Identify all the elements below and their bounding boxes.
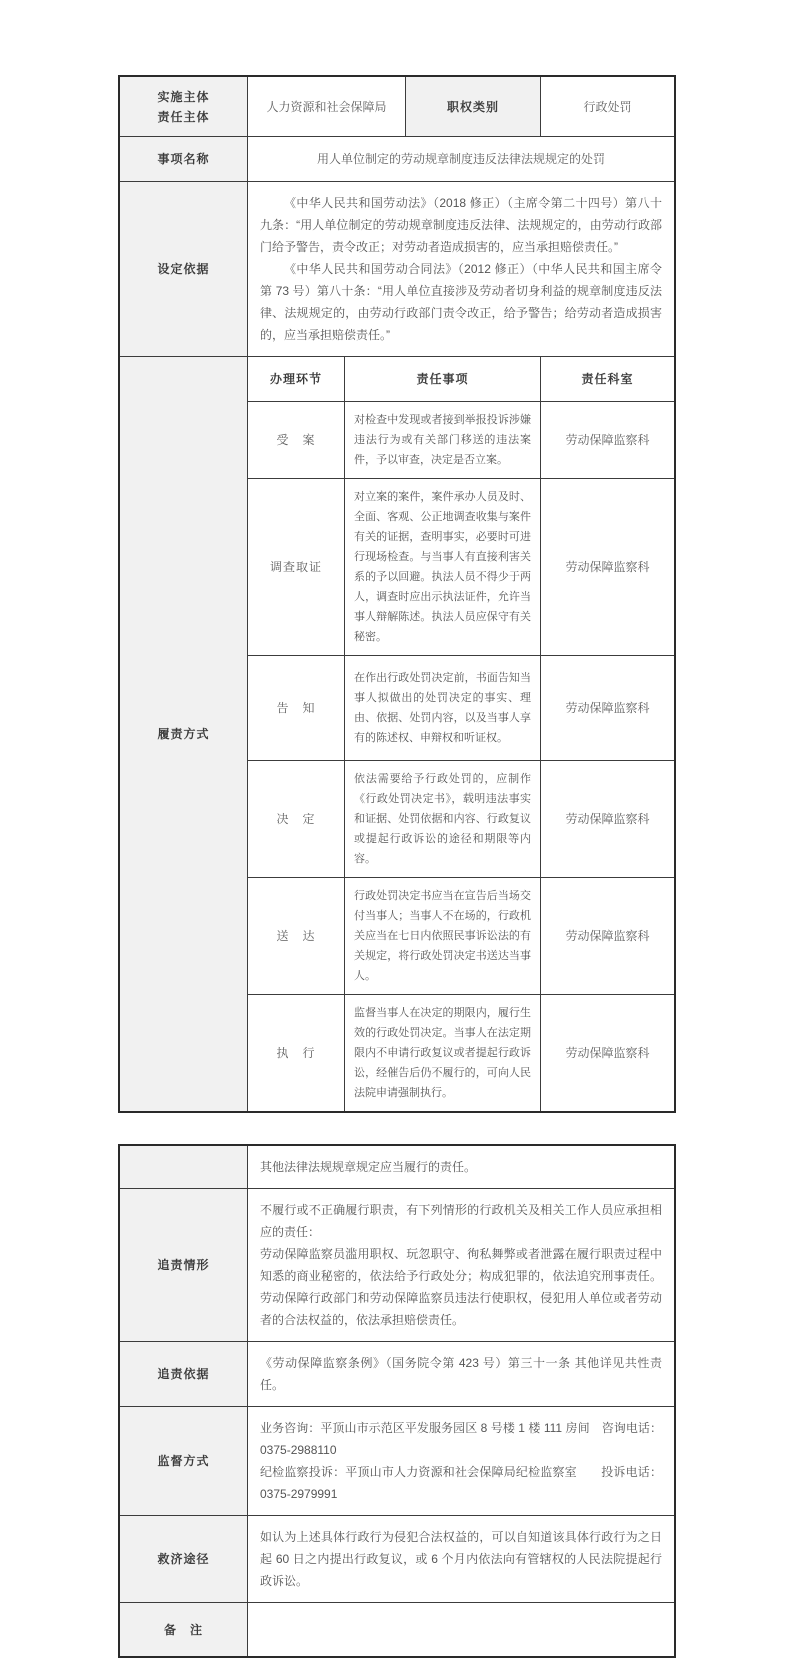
duty-step-row: 执 行 监督当事人在决定的期限内，履行生效的行政处罚决定。当事人在法定期限内不申… [248, 995, 674, 1111]
item-name-row: 事项名称 用人单位制定的劳动规章制度违反法律法规规定的处罚 [120, 137, 674, 182]
step-desc: 对检查中发现或者接到举报投诉涉嫌违法行为或有关部门移送的违法案件，予以审查，决定… [345, 402, 541, 479]
duty-step-row: 决 定 依法需要给予行政处罚的，应制作《行政处罚决定书》，载明违法事实和证据、处… [248, 761, 674, 878]
remark-row: 备 注 [120, 1603, 674, 1656]
step-dept: 劳动保障监察科 [541, 995, 674, 1111]
duty-list-table: 实施主体 责任主体 人力资源和社会保障局 职权类别 行政处罚 事项名称 用人单位… [118, 75, 676, 1113]
business-consult-line: 业务咨询：平顶山市示范区平发服务园区 8 号楼 1 楼 111 房间 咨询电话：… [260, 1417, 662, 1461]
step-name: 决 定 [248, 761, 345, 878]
liability-basis-value: 《劳动保障监察条例》（国务院令第 423 号）第三十一条 其他详见共性责任。 [248, 1342, 674, 1407]
power-category-label: 职权类别 [406, 77, 541, 137]
step-name: 送 达 [248, 878, 345, 995]
step-desc: 依法需要给予行政处罚的，应制作《行政处罚决定书》，载明违法事实和证据、处罚依据和… [345, 761, 541, 878]
step-desc: 监督当事人在决定的期限内，履行生效的行政处罚决定。当事人在法定期限内不申请行政复… [345, 995, 541, 1111]
implementer-value: 人力资源和社会保障局 [248, 77, 406, 137]
step-name: 告 知 [248, 656, 345, 761]
subject-row: 实施主体 责任主体 人力资源和社会保障局 职权类别 行政处罚 [120, 77, 674, 137]
item-name-label: 事项名称 [120, 137, 248, 182]
remedy-channel-row: 救济途径 如认为上述具体行政行为侵犯合法权益的，可以自知道该具体行政行为之日起 … [120, 1516, 674, 1603]
remedy-channel-value: 如认为上述具体行政行为侵犯合法权益的，可以自知道该具体行政行为之日起 60 日之… [248, 1516, 674, 1603]
item-name-value: 用人单位制定的劳动规章制度违反法律法规规定的处罚 [248, 137, 674, 182]
step-dept: 劳动保障监察科 [541, 479, 674, 656]
remark-label: 备 注 [120, 1603, 248, 1656]
step-dept: 劳动保障监察科 [541, 761, 674, 878]
power-category-value: 行政处罚 [541, 77, 674, 137]
duty-step-row: 送 达 行政处罚决定书应当在宣告后当场交付当事人；当事人不在场的，行政机关应当在… [248, 878, 674, 995]
remedy-channel-label: 救济途径 [120, 1516, 248, 1603]
header-step: 办理环节 [248, 357, 345, 402]
duty-steps-header-row: 办理环节 责任事项 责任科室 [248, 357, 674, 402]
duty-method-row: 履责方式 办理环节 责任事项 责任科室 受 案 对检查中发现或者接到举报投诉涉嫌… [120, 357, 674, 1111]
implement-subject-label: 实施主体 [157, 87, 209, 107]
step-desc: 对立案的案件，案件承办人员及时、全面、客观、公正地调查收集与案件有关的证据，查明… [345, 479, 541, 656]
other-duty-value: 其他法律法规规章规定应当履行的责任。 [248, 1146, 674, 1189]
duty-step-row: 告 知 在作出行政处罚决定前，书面告知当事人拟做出的处罚决定的事实、理由、依据、… [248, 656, 674, 761]
liability-basis-row: 追责依据 《劳动保障监察条例》（国务院令第 423 号）第三十一条 其他详见共性… [120, 1342, 674, 1407]
duty-step-row: 受 案 对检查中发现或者接到举报投诉涉嫌违法行为或有关部门移送的违法案件，予以审… [248, 402, 674, 479]
legal-basis-label: 设定依据 [120, 182, 248, 357]
header-dept: 责任科室 [541, 357, 674, 402]
legal-basis-value: 《中华人民共和国劳动法》（2018 修正）（主席令第二十四号）第八十九条：“用人… [248, 182, 674, 357]
liability-situation-row: 追责情形 不履行或不正确履行职责，有下列情形的行政机关及相关工作人员应承担相应的… [120, 1189, 674, 1342]
step-desc: 在作出行政处罚决定前，书面告知当事人拟做出的处罚决定的事实、理由、依据、处罚内容… [345, 656, 541, 761]
step-dept: 劳动保障监察科 [541, 878, 674, 995]
accountability-table: 其他法律法规规章规定应当履行的责任。 追责情形 不履行或不正确履行职责，有下列情… [118, 1144, 676, 1658]
other-duty-label [120, 1146, 248, 1189]
supervision-method-value: 业务咨询：平顶山市示范区平发服务园区 8 号楼 1 楼 111 房间 咨询电话：… [248, 1407, 674, 1516]
duty-steps-table: 办理环节 责任事项 责任科室 受 案 对检查中发现或者接到举报投诉涉嫌违法行为或… [248, 357, 674, 1111]
subject-label-cell: 实施主体 责任主体 [120, 77, 248, 137]
duty-step-row: 调查取证 对立案的案件，案件承办人员及时、全面、客观、公正地调查收集与案件有关的… [248, 479, 674, 656]
liability-detail: 劳动保障监察员滥用职权、玩忽职守、徇私舞弊或者泄露在履行职责过程中知悉的商业秘密… [260, 1243, 662, 1331]
legal-basis-paragraph-2: 《中华人民共和国劳动合同法》（2012 修正）（中华人民共和国主席令第 73 号… [260, 258, 662, 346]
duty-method-label: 履责方式 [120, 357, 248, 1111]
step-dept: 劳动保障监察科 [541, 656, 674, 761]
liability-intro: 不履行或不正确履行职责，有下列情形的行政机关及相关工作人员应承担相应的责任： [260, 1199, 662, 1243]
step-name: 执 行 [248, 995, 345, 1111]
other-duty-row: 其他法律法规规章规定应当履行的责任。 [120, 1146, 674, 1189]
legal-basis-paragraph-1: 《中华人民共和国劳动法》（2018 修正）（主席令第二十四号）第八十九条：“用人… [260, 192, 662, 258]
supervision-method-row: 监督方式 业务咨询：平顶山市示范区平发服务园区 8 号楼 1 楼 111 房间 … [120, 1407, 674, 1516]
liability-situation-label: 追责情形 [120, 1189, 248, 1342]
liability-situation-value: 不履行或不正确履行职责，有下列情形的行政机关及相关工作人员应承担相应的责任： 劳… [248, 1189, 674, 1342]
discipline-complaint-line: 纪检监察投诉：平顶山市人力资源和社会保障局纪检监察室 投诉电话：0375-297… [260, 1461, 662, 1505]
header-duty: 责任事项 [345, 357, 541, 402]
step-name: 调查取证 [248, 479, 345, 656]
responsibility-list-page: { "accent": { "label_bg": "#f1f1f1", "bo… [0, 75, 793, 1527]
liability-basis-label: 追责依据 [120, 1342, 248, 1407]
remark-value [248, 1603, 674, 1656]
step-dept: 劳动保障监察科 [541, 402, 674, 479]
supervision-method-label: 监督方式 [120, 1407, 248, 1516]
step-name: 受 案 [248, 402, 345, 479]
legal-basis-row: 设定依据 《中华人民共和国劳动法》（2018 修正）（主席令第二十四号）第八十九… [120, 182, 674, 357]
responsible-subject-label: 责任主体 [157, 107, 209, 127]
step-desc: 行政处罚决定书应当在宣告后当场交付当事人；当事人不在场的，行政机关应当在七日内依… [345, 878, 541, 995]
